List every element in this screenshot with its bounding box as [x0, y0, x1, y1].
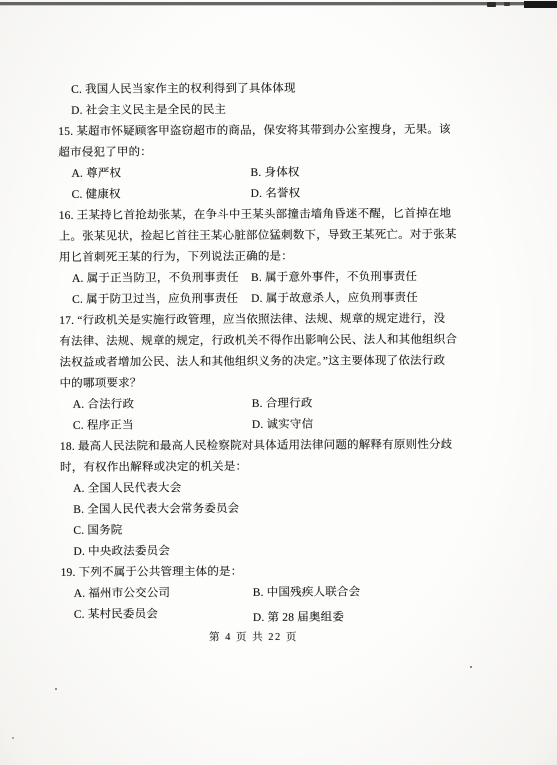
q17-option-a: A. 合法行政: [73, 399, 135, 411]
q19-option-c: C. 某村民委员会: [74, 608, 158, 620]
q14-option-c: C. 我国人民当家作主的权利得到了具体体现: [0, 77, 557, 101]
q17-stem-line-4: 中的哪项要求？: [2, 371, 557, 395]
q18-option-d: D. 中央政法委员会: [2, 539, 557, 563]
q17-options-row-1: A. 合法行政 B. 合理行政: [2, 392, 557, 416]
q16-option-b: B. 属于意外事件，不负刑事责任: [251, 267, 417, 289]
q17-option-c: C. 程序正当: [73, 420, 134, 432]
q19-options-row-2: C. 某村民委员会 D. 第 28 届奥组委: [3, 602, 557, 626]
q15-options-row-1: A. 尊严权 B. 身体权: [0, 161, 557, 185]
scan-artifact-right-smudge: [524, 1, 557, 8]
q15-stem-line-1: 15. 某超市怀疑顾客甲盗窃超市的商品，保安将其带到办公室搜身，无果。该: [0, 119, 557, 143]
scan-artifact-blob: [487, 2, 496, 7]
q19-options-row-1: A. 福州市公交公司 B. 中国残疾人联合会: [3, 581, 557, 605]
q15-options-row-2: C. 健康权 D. 名誉权: [1, 182, 557, 206]
q19-stem-line-1: 19. 下列不属于公共管理主体的是：: [3, 560, 557, 584]
q15-option-d: D. 名誉权: [251, 184, 301, 205]
q16-options-row-1: A. 属于正当防卫，不负刑事责任 B. 属于意外事件，不负刑事责任: [1, 266, 557, 290]
scan-artifact-top-line-soft: [0, 5, 557, 6]
q15-stem-line-2: 超市侵犯了甲的：: [0, 140, 557, 164]
q18-option-c: C. 国务院: [2, 518, 557, 542]
q14-option-d: D. 社会主义民主是全民的民主: [0, 98, 557, 122]
exam-content: C. 我国人民当家作主的权利得到了具体体现 D. 社会主义民主是全民的民主 15…: [0, 77, 557, 626]
q16-options-row-2: C. 属于防卫过当，应负刑事责任 D. 属于故意杀人，应负刑事责任: [1, 287, 557, 311]
q17-option-b: B. 合理行政: [252, 394, 313, 415]
q17-stem-line-1: 17. “行政机关是实施行政管理，应当依照法律、法规、规章的规定进行，没: [1, 308, 557, 332]
q19-option-a: A. 福州市公交公司: [74, 587, 171, 600]
q17-options-row-2: C. 程序正当 D. 诚实守信: [2, 413, 557, 437]
q15-option-b: B. 身体权: [250, 163, 299, 184]
scan-speck: [470, 666, 472, 668]
q18-option-b: B. 全国人民代表大会常务委员会: [2, 497, 557, 521]
q18-option-a: A. 全国人民代表大会: [2, 476, 557, 500]
scan-speck: [12, 737, 14, 739]
q18-stem-line-2: 时，有权作出解释或决定的机关是：: [2, 455, 557, 479]
q16-stem-line-1: 16. 王某持匕首抢劫张某，在争斗中王某头部撞击墙角昏迷不醒，匕首掉在地: [1, 203, 557, 227]
q18-stem-line-1: 18. 最高人民法院和最高人民检察院对具体适用法律问题的解释有原则性分歧: [2, 434, 557, 458]
q16-stem-line-3: 用匕首刺死王某的行为，下列说法正确的是：: [1, 245, 557, 269]
q17-option-d: D. 诚实守信: [252, 415, 314, 436]
q19-option-d: D. 第 28 届奥组委: [253, 607, 344, 628]
q15-option-a: A. 尊严权: [71, 168, 121, 180]
q17-stem-line-2: 有法律、法规、规章的规定，行政机关不得作出影响公民、法人和其他组织合: [1, 329, 557, 353]
q19-option-b: B. 中国残疾人联合会: [253, 582, 361, 604]
q16-option-d: D. 属于故意杀人，应负刑事责任: [251, 288, 418, 310]
q16-option-a: A. 属于正当防卫，不负刑事责任: [72, 272, 239, 285]
q17-stem-line-3: 法权益或者增加公民、法人和其他组织义务的决定。”这主要体现了依法行政: [1, 350, 557, 374]
scan-speck: [55, 688, 57, 690]
page-number-footer: 第 4 页 共 22 页: [209, 629, 298, 644]
q15-option-c: C. 健康权: [72, 189, 121, 201]
scan-artifact-blob: [504, 2, 510, 6]
q16-option-c: C. 属于防卫过当，应负刑事责任: [72, 293, 238, 306]
q16-stem-line-2: 上。张某见状，捡起匕首往王某心脏部位猛刺数下，导致王某死亡。对于张某: [1, 224, 557, 248]
scanned-exam-page: C. 我国人民当家作主的权利得到了具体体现 D. 社会主义民主是全民的民主 15…: [0, 0, 557, 765]
